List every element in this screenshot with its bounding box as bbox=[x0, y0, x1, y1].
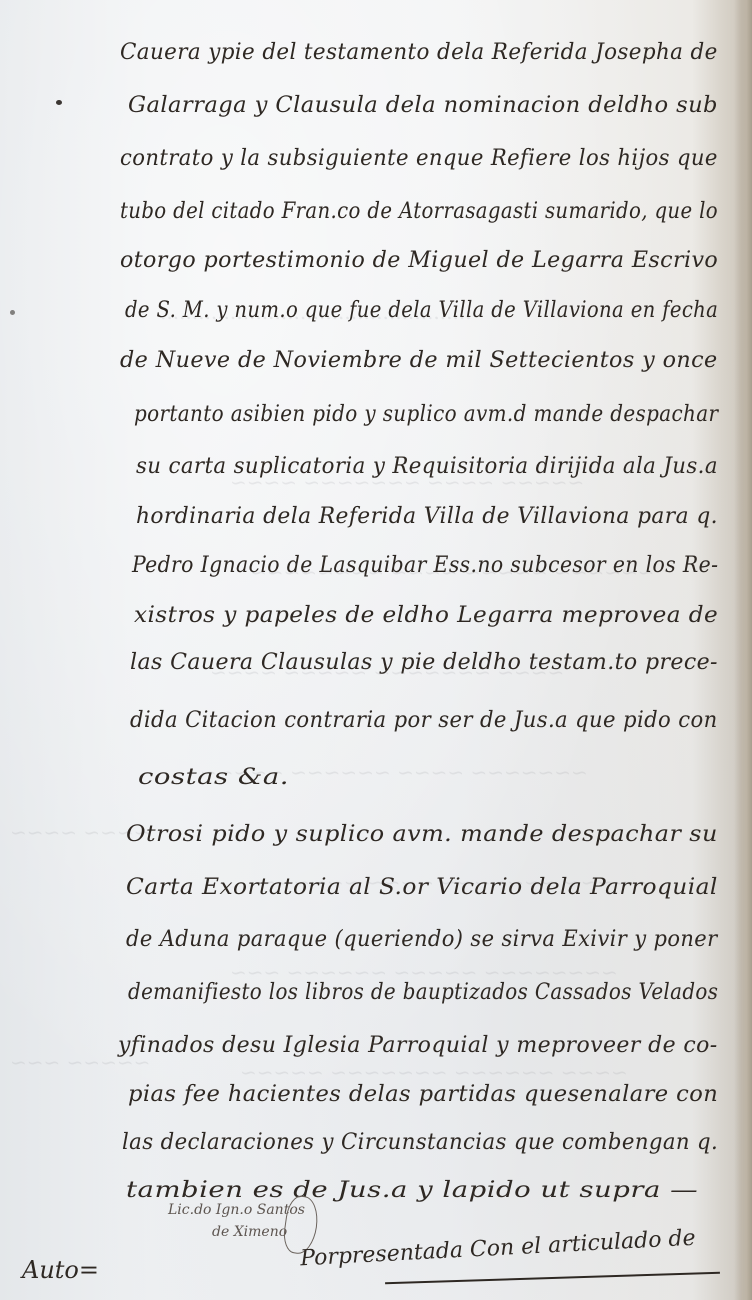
signature-name: Lic.do Ign.o Santos bbox=[168, 1200, 305, 1220]
manuscript-line: dida Citacion contraria por ser de Jus.a… bbox=[130, 708, 718, 733]
manuscript-line: contrato y la subsiguiente enque Refiere… bbox=[120, 146, 718, 171]
manuscript-line: de Nueve de Noviembre de mil Setteciento… bbox=[120, 348, 718, 373]
manuscript-line: costas &a. bbox=[138, 765, 289, 790]
manuscript-line: de S. M. y num.o que fue dela Villa de V… bbox=[125, 298, 718, 323]
manuscript-line: Carta Exortatoria al S.or Vicario dela P… bbox=[126, 875, 718, 900]
closing-line: Porpresentada Con el articulado de bbox=[300, 1226, 697, 1272]
closing-underline bbox=[385, 1272, 720, 1284]
manuscript-line: su carta suplicatoria y Requisitoria dir… bbox=[136, 454, 718, 479]
signature-surname: de Ximeno bbox=[212, 1222, 287, 1242]
manuscript-line: Otrosi pido y suplico avm. mande despach… bbox=[126, 822, 718, 847]
manuscript-line: las Cauera Clausulas y pie deldho testam… bbox=[130, 650, 718, 675]
ink-spot bbox=[10, 310, 15, 315]
ink-spot bbox=[56, 100, 62, 105]
manuscript-line: Cauera ypie del testamento dela Referida… bbox=[120, 40, 718, 65]
manuscript-line: las declaraciones y Circunstancias que c… bbox=[122, 1130, 718, 1155]
margin-note-auto: Auto= bbox=[22, 1256, 99, 1284]
manuscript-line: yfinados desu Iglesia Parroquial y mepro… bbox=[118, 1033, 718, 1058]
manuscript-line: pias fee hacientes delas partidas quesen… bbox=[128, 1082, 718, 1107]
manuscript-line: otorgo portestimonio de Miguel de Legarr… bbox=[120, 248, 718, 273]
manuscript-line: tubo del citado Fran.co de Atorrasagasti… bbox=[120, 199, 718, 224]
manuscript-line: xistros y papeles de eldho Legarra mepro… bbox=[134, 603, 718, 628]
manuscript-page: ........................................… bbox=[0, 0, 752, 1300]
manuscript-line: Galarraga y Clausula dela nominacion del… bbox=[128, 93, 718, 118]
page-edge-shadow bbox=[734, 0, 752, 1300]
manuscript-line: portanto asibien pido y suplico avm.d ma… bbox=[134, 402, 718, 427]
manuscript-line: demanifiesto los libros de bauptizados C… bbox=[128, 980, 718, 1005]
manuscript-line: hordinaria dela Referida Villa de Villav… bbox=[136, 504, 718, 529]
manuscript-line: de Aduna paraque (queriendo) se sirva Ex… bbox=[126, 927, 718, 952]
manuscript-line: Pedro Ignacio de Lasquibar Ess.no subces… bbox=[132, 553, 718, 578]
